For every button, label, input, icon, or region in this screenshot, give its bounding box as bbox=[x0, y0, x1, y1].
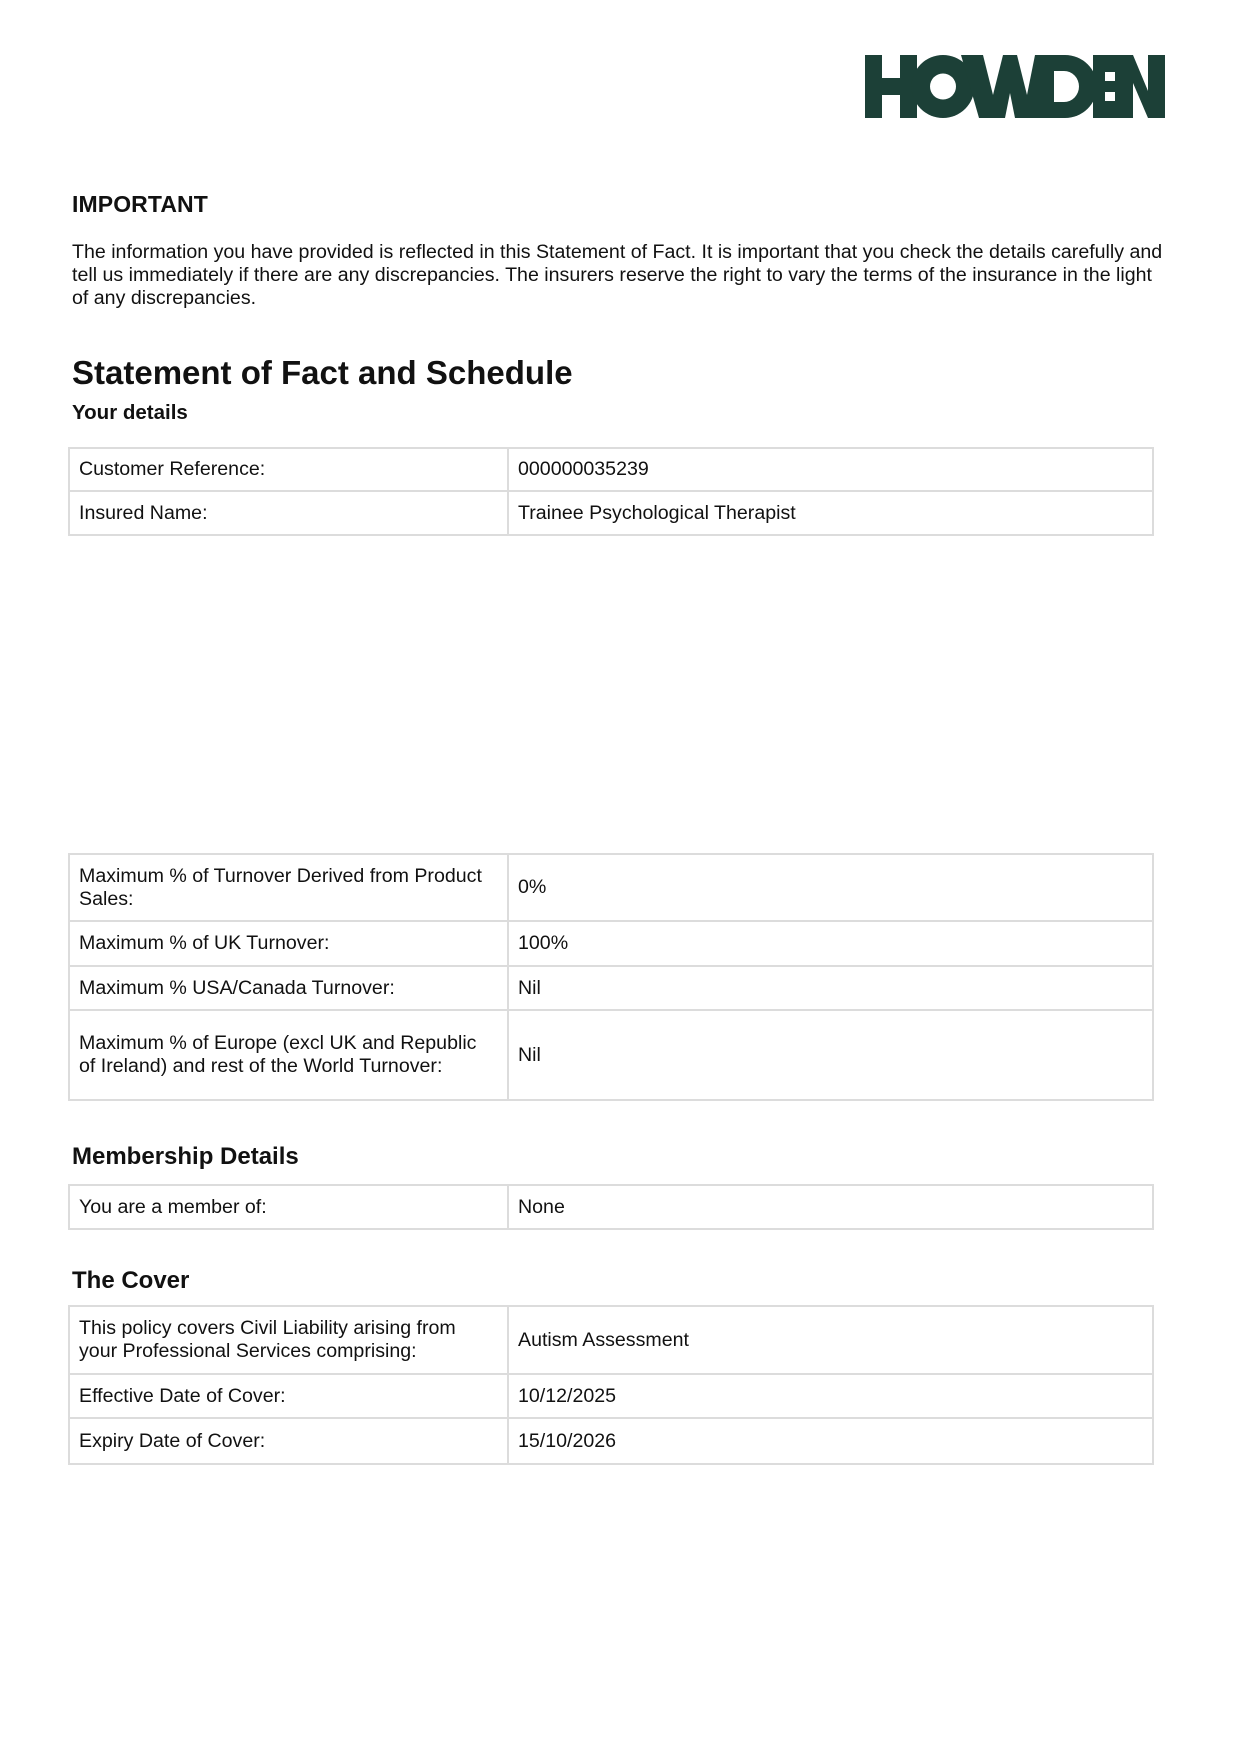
important-notice-text: The information you have provided is ref… bbox=[72, 241, 1172, 310]
table-row: Expiry Date of Cover: 15/10/2026 bbox=[69, 1418, 1153, 1464]
europe-world-turnover-value: Nil bbox=[508, 1010, 1153, 1100]
europe-world-turnover-label: Maximum % of Europe (excl UK and Republi… bbox=[69, 1010, 508, 1100]
customer-reference-label: Customer Reference: bbox=[69, 448, 508, 491]
membership-heading: Membership Details bbox=[72, 1143, 299, 1171]
howden-logo-icon bbox=[865, 55, 1165, 118]
uk-turnover-value: 100% bbox=[508, 921, 1153, 966]
table-row: Effective Date of Cover: 10/12/2025 bbox=[69, 1374, 1153, 1418]
table-row: Maximum % of Europe (excl UK and Republi… bbox=[69, 1010, 1153, 1100]
usa-canada-turnover-value: Nil bbox=[508, 966, 1153, 1010]
important-heading: IMPORTANT bbox=[72, 191, 208, 218]
customer-reference-value: 000000035239 bbox=[508, 448, 1153, 491]
table-row: Maximum % of UK Turnover: 100% bbox=[69, 921, 1153, 966]
product-sales-turnover-label: Maximum % of Turnover Derived from Produ… bbox=[69, 854, 508, 921]
your-details-heading: Your details bbox=[72, 401, 188, 425]
insured-name-value: Trainee Psychological Therapist bbox=[508, 491, 1153, 535]
table-row: You are a member of: None bbox=[69, 1185, 1153, 1229]
cover-heading: The Cover bbox=[72, 1267, 189, 1295]
member-of-value: None bbox=[508, 1185, 1153, 1229]
turnover-table: Maximum % of Turnover Derived from Produ… bbox=[68, 853, 1154, 1101]
membership-table: You are a member of: None bbox=[68, 1184, 1154, 1230]
member-of-label: You are a member of: bbox=[69, 1185, 508, 1229]
uk-turnover-label: Maximum % of UK Turnover: bbox=[69, 921, 508, 966]
your-details-table: Customer Reference: 000000035239 Insured… bbox=[68, 447, 1154, 536]
page-title: Statement of Fact and Schedule bbox=[72, 354, 573, 392]
effective-date-label: Effective Date of Cover: bbox=[69, 1374, 508, 1418]
professional-services-value: Autism Assessment bbox=[508, 1306, 1153, 1374]
table-row: This policy covers Civil Liability arisi… bbox=[69, 1306, 1153, 1374]
expiry-date-label: Expiry Date of Cover: bbox=[69, 1418, 508, 1464]
cover-table: This policy covers Civil Liability arisi… bbox=[68, 1305, 1154, 1465]
professional-services-label: This policy covers Civil Liability arisi… bbox=[69, 1306, 508, 1374]
usa-canada-turnover-label: Maximum % USA/Canada Turnover: bbox=[69, 966, 508, 1010]
howden-logo bbox=[865, 55, 1165, 118]
table-row: Customer Reference: 000000035239 bbox=[69, 448, 1153, 491]
effective-date-value: 10/12/2025 bbox=[508, 1374, 1153, 1418]
product-sales-turnover-value: 0% bbox=[508, 854, 1153, 921]
table-row: Maximum % of Turnover Derived from Produ… bbox=[69, 854, 1153, 921]
insured-name-label: Insured Name: bbox=[69, 491, 508, 535]
expiry-date-value: 15/10/2026 bbox=[508, 1418, 1153, 1464]
table-row: Insured Name: Trainee Psychological Ther… bbox=[69, 491, 1153, 535]
table-row: Maximum % USA/Canada Turnover: Nil bbox=[69, 966, 1153, 1010]
